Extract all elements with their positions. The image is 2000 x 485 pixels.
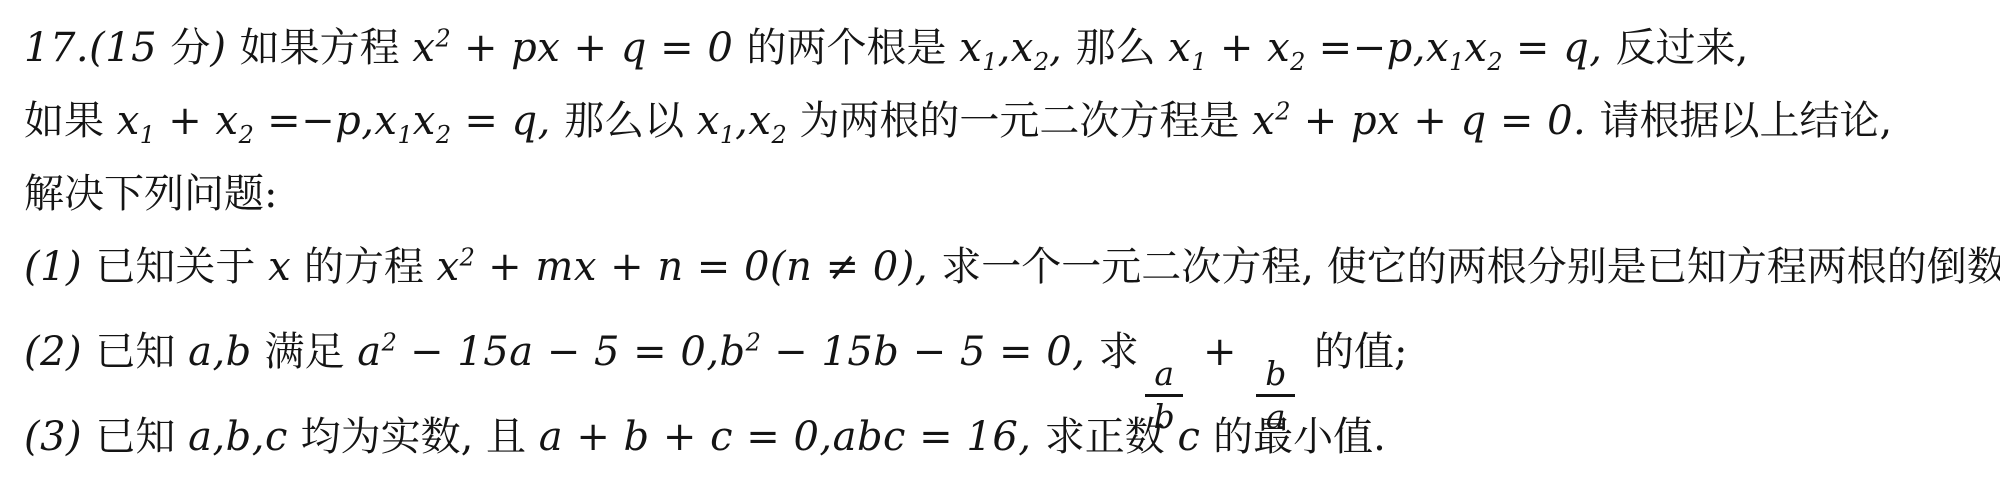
subscript: 1 xyxy=(1449,48,1464,76)
fraction-numerator: b xyxy=(1256,357,1295,398)
text-segment: 为两根的一元二次方程是 xyxy=(787,98,1252,144)
text-segment: x xyxy=(412,25,435,71)
subscript: 2 xyxy=(771,121,786,149)
text-segment: a,b,c xyxy=(188,414,288,460)
text-segment: 的两个根是 xyxy=(747,25,960,71)
text-segment: 的方程 xyxy=(291,244,436,290)
text-segment: x xyxy=(1464,25,1487,71)
subscript: 1 xyxy=(720,121,735,149)
superscript: 2 xyxy=(460,244,475,272)
text-segment: 17.(15 xyxy=(24,25,170,71)
text-segment: 求 xyxy=(1099,329,1139,375)
text-segment: x xyxy=(1252,98,1275,144)
text-segment: + x xyxy=(1207,25,1291,71)
subscript: 1 xyxy=(982,48,997,76)
superscript: 2 xyxy=(746,329,761,357)
text-segment: 如果方程 xyxy=(240,25,413,71)
subscript: 2 xyxy=(1487,48,1502,76)
text-segment: 分 xyxy=(170,25,210,71)
question-number: (3) xyxy=(24,414,95,460)
text-segment: + mx + n = 0(n ≠ 0), xyxy=(475,244,941,290)
plus-operator: + xyxy=(1190,329,1250,375)
text-segment: + px + q = 0. xyxy=(1291,98,1600,144)
subscript: 2 xyxy=(436,121,451,149)
text-segment: x xyxy=(437,244,460,290)
text-segment: x xyxy=(1168,25,1191,71)
text-segment: , xyxy=(1049,25,1075,71)
text-segment: a,b xyxy=(188,329,252,375)
text-segment: a + b + c = 0,abc = 16, xyxy=(539,414,1045,460)
text-segment: = q, xyxy=(1503,25,1616,71)
superscript: 2 xyxy=(382,329,397,357)
text-segment: − 15a − 5 = 0,b xyxy=(397,329,746,375)
question-2: (2) 已知 a,b 满足 a2 − 15a − 5 = 0,b2 − 15b … xyxy=(24,304,1990,401)
text-segment: 满足 xyxy=(252,329,357,375)
text-segment: 求正数 xyxy=(1045,414,1178,460)
text-segment: 已知 xyxy=(95,329,188,375)
subscript: 1 xyxy=(1191,48,1206,76)
text-segment: x xyxy=(117,98,140,144)
question-number: (1) xyxy=(24,244,95,290)
text-segment: + px + q = 0 xyxy=(451,25,747,71)
text-segment: ,x xyxy=(998,25,1034,71)
text-segment: x xyxy=(413,98,436,144)
problem-statement-line-2: 如果 x1 + x2 =−p,x1x2 = q, 那么以 x1,x2 为两根的一… xyxy=(24,85,1990,158)
text-segment: =−p,x xyxy=(254,98,398,144)
fraction-numerator: a xyxy=(1145,357,1183,398)
text-segment: c xyxy=(1177,414,1200,460)
text-segment: + x xyxy=(155,98,239,144)
problem-statement-line-3: 解决下列问题: xyxy=(24,158,1990,231)
question-number: (2) xyxy=(24,329,95,375)
text-segment: 反过来, xyxy=(1616,25,1749,71)
text-segment: 均为实数, 且 xyxy=(288,414,539,460)
math-problem-document: 17.(15 分) 如果方程 x2 + px + q = 0 的两个根是 x1,… xyxy=(0,0,2000,485)
text-segment: 解决下列问题: xyxy=(24,171,277,217)
text-segment: 如果 xyxy=(24,98,117,144)
superscript: 2 xyxy=(1275,98,1290,126)
text-segment: 已知 xyxy=(95,414,188,460)
text-segment: 求一个一元二次方程, 使它的两根分别是已知方程两根的倒数; xyxy=(941,244,2000,290)
text-segment: x xyxy=(268,244,291,290)
superscript: 2 xyxy=(435,25,450,53)
text-segment: ,x xyxy=(735,98,771,144)
text-segment: =−p,x xyxy=(1305,25,1449,71)
text-segment: 已知关于 xyxy=(95,244,268,290)
text-segment: − 15b − 5 = 0, xyxy=(761,329,1099,375)
question-1: (1) 已知关于 x 的方程 x2 + mx + n = 0(n ≠ 0), 求… xyxy=(24,231,1990,304)
subscript: 2 xyxy=(239,121,254,149)
text-segment: 的最小值. xyxy=(1200,414,1385,460)
problem-statement-line-1: 17.(15 分) 如果方程 x2 + px + q = 0 的两个根是 x1,… xyxy=(24,12,1990,85)
text-segment: 那么 xyxy=(1076,25,1169,71)
subscript: 1 xyxy=(397,121,412,149)
text-segment: a xyxy=(357,329,381,375)
text-segment: 那么以 xyxy=(564,98,697,144)
subscript: 2 xyxy=(1290,48,1305,76)
text-segment: x xyxy=(697,98,720,144)
text-segment: ) xyxy=(210,25,239,71)
text-segment: x xyxy=(959,25,982,71)
text-segment: 的值; xyxy=(1301,329,1407,375)
question-3: (3) 已知 a,b,c 均为实数, 且 a + b + c = 0,abc =… xyxy=(24,401,1990,474)
text-segment: 请根据以上结论, xyxy=(1599,98,1892,144)
subscript: 1 xyxy=(140,121,155,149)
text-segment: = q, xyxy=(451,98,564,144)
subscript: 2 xyxy=(1034,48,1049,76)
